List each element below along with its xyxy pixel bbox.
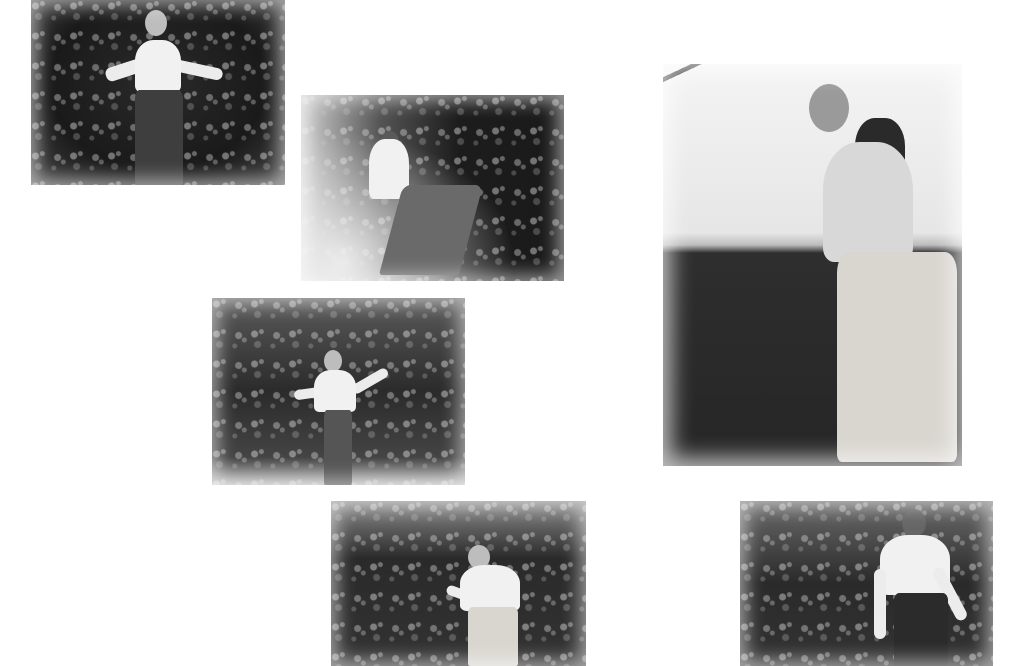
photo-4 — [331, 501, 586, 666]
tree-branch — [663, 64, 823, 154]
photo-2 — [301, 95, 564, 281]
photo-5 — [663, 64, 962, 466]
photo-6 — [740, 501, 993, 666]
figure — [101, 10, 221, 185]
figure — [361, 125, 481, 281]
figure — [292, 348, 402, 485]
figure — [803, 82, 962, 466]
photo-3 — [212, 298, 465, 485]
figure — [870, 509, 990, 666]
figure — [446, 541, 546, 666]
photo-1 — [31, 0, 285, 185]
